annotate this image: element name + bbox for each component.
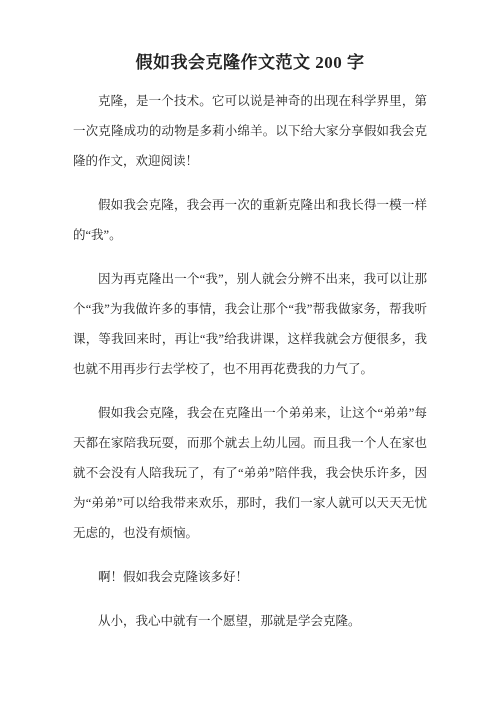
paragraph-clone-brother: 假如我会克隆，我会在克隆出一个弟弟来，让这个“弟弟”每天都在家陪我玩耍，而那个就…: [73, 398, 427, 548]
paragraph-clone-self: 假如我会克隆，我会再一次的重新克隆出和我长得一模一样的“我”。: [73, 190, 427, 250]
paragraph-wish: 从小，我心中就有一个愿望，那就是学会克隆。: [73, 606, 427, 636]
paragraph-exclamation: 啊！假如我会克隆该多好！: [73, 562, 427, 592]
paragraph-clone-benefits: 因为再克隆出一个“我”，别人就会分辨不出来，我可以让那个“我”为我做许多的事情，…: [73, 264, 427, 384]
document-page: 假如我会克隆作文范文 200 字 克隆，是一个技术。它可以说是神奇的出现在科学界…: [0, 0, 500, 708]
document-title: 假如我会克隆作文范文 200 字: [73, 50, 427, 76]
paragraph-intro: 克隆，是一个技术。它可以说是神奇的出现在科学界里，第一次克隆成功的动物是多莉小绵…: [73, 86, 427, 176]
